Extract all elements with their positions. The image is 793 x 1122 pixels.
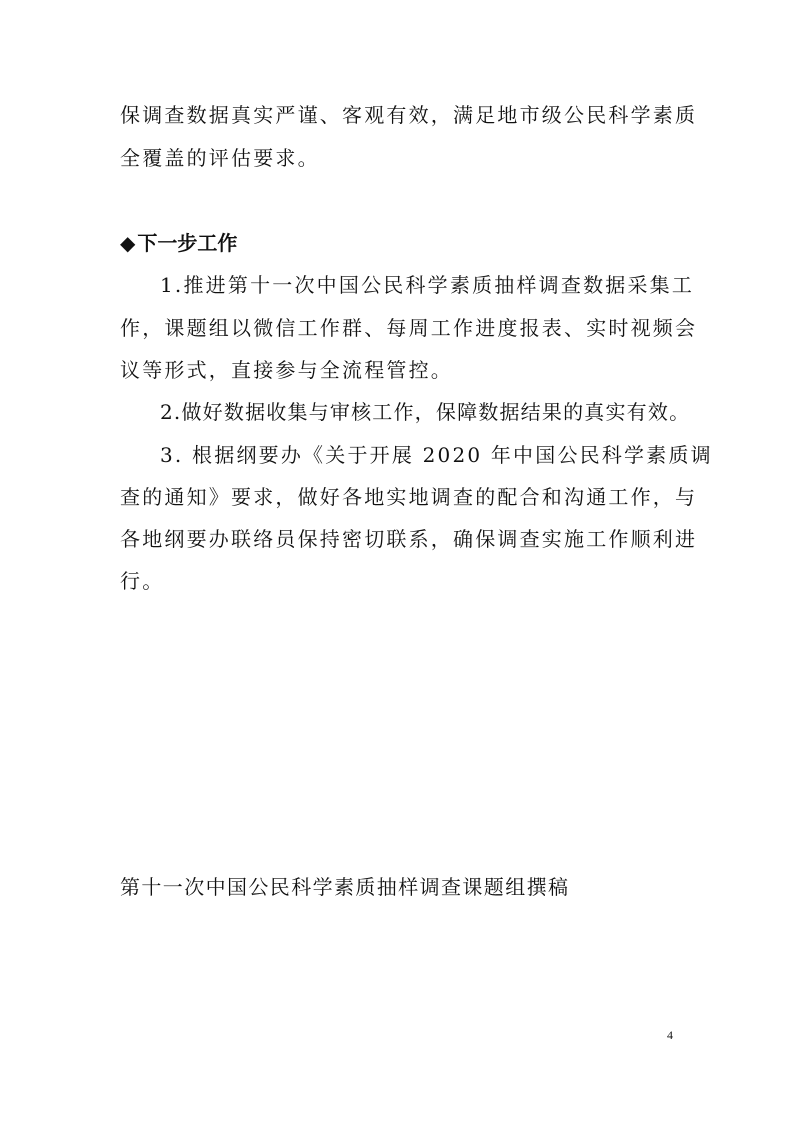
section-heading-text: 下一步工作	[137, 231, 237, 255]
list-item-3-line: 各地纲要办联络员保持密切联系，确保调查实施工作顺利进	[120, 527, 697, 551]
list-item-3-line: 查的通知》要求，做好各地实地调查的配合和沟通工作，与	[120, 485, 697, 509]
list-item-1-line: 作，课题组以微信工作群、每周工作进度报表、实时视频会	[120, 316, 697, 340]
body-text-line: 保调查数据真实严谨、客观有效，满足地市级公民科学素质	[120, 103, 697, 127]
section-heading: ◆下一步工作	[120, 231, 237, 255]
signature: 第十一次中国公民科学素质抽样调查课题组撰稿	[120, 875, 569, 899]
list-item-1-line: 议等形式，直接参与全流程管控。	[120, 358, 453, 382]
diamond-bullet-icon: ◆	[120, 231, 135, 255]
list-item-3-line: 3. 根据纲要办《关于开展 2020 年中国公民科学素质调	[160, 443, 713, 467]
list-item-3-line: 行。	[120, 569, 164, 593]
list-item-1-line: 1.推进第十一次中国公民科学素质抽样调查数据采集工	[160, 273, 694, 297]
list-item-2-line: 2.做好数据收集与审核工作，保障数据结果的真实有效。	[160, 400, 690, 424]
body-text-line: 全覆盖的评估要求。	[120, 146, 320, 170]
page-number: 4	[667, 1028, 673, 1043]
